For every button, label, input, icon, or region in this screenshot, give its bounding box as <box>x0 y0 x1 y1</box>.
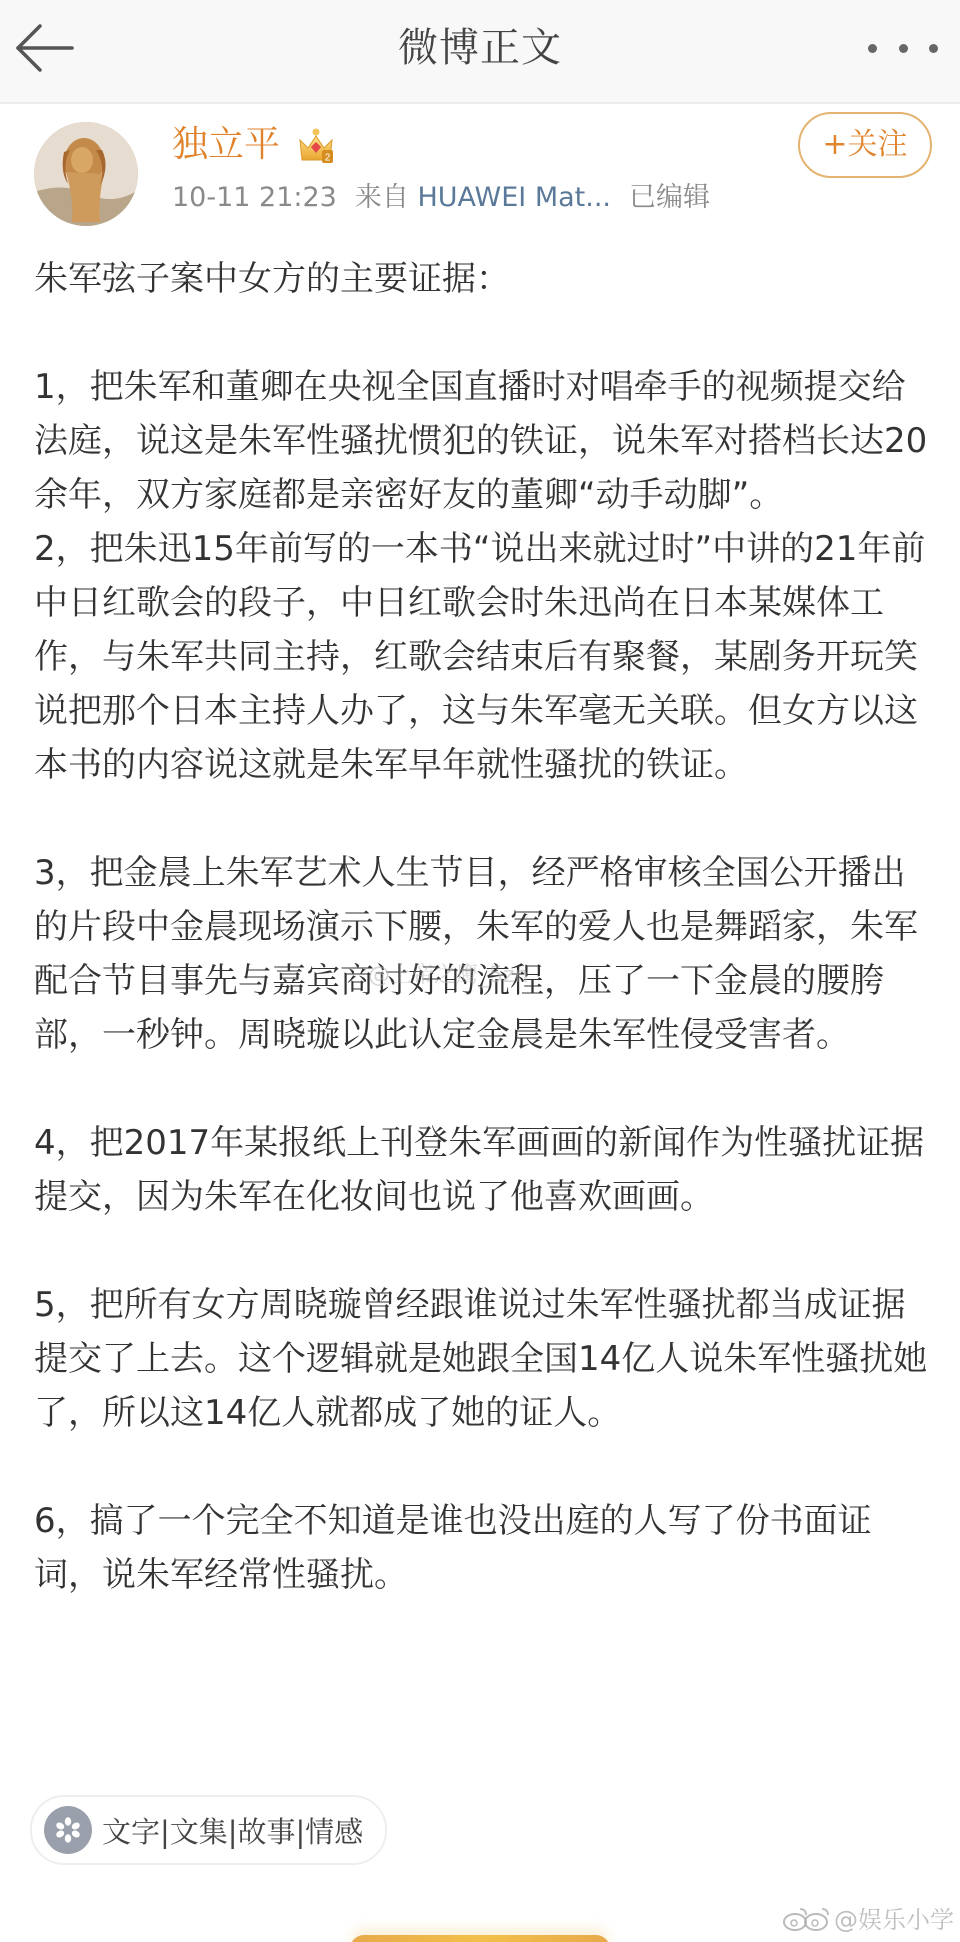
svg-text:2: 2 <box>325 153 331 164</box>
weibo-logo-icon <box>782 1903 834 1933</box>
edited-label[interactable]: 已编辑 <box>629 182 710 213</box>
crown-vip-icon: 2 <box>296 126 336 166</box>
post-meta: 10-11 21:23来自 HUAWEI Mat...已编辑 <box>172 178 710 218</box>
topic-label: 文字|文集|故事|情感 <box>102 1810 363 1851</box>
device-source-link[interactable]: HUAWEI Mat... <box>417 182 611 213</box>
topic-tag[interactable]: 文字|文集|故事|情感 <box>30 1795 387 1865</box>
more-dots-icon <box>899 44 908 53</box>
follow-button[interactable]: +关注 <box>798 112 932 178</box>
post-heading: 朱军弦子案中女方的主要证据： <box>34 252 934 306</box>
author-header: 独立平 2 10-11 21:23来自 HUAWEI Mat...已编辑 +关注 <box>0 104 960 228</box>
post-content: 朱军弦子案中女方的主要证据： 1，把朱军和董卿在央视全国直播时对唱牵手的视频提交… <box>34 252 934 1602</box>
page-title: 微博正文 <box>0 20 960 76</box>
top-navbar: 微博正文 <box>0 0 960 104</box>
post-timestamp: 10-11 21:23 <box>172 182 337 213</box>
evidence-item-5: 5，把所有女方周晓璇曾经跟谁说过朱军性骚扰都当成证据提交了上去。这个逻辑就是她跟… <box>34 1278 934 1440</box>
author-name[interactable]: 独立平 <box>172 120 280 170</box>
watermark-bottom-right: @娱乐小学 <box>782 1900 954 1935</box>
more-dots-icon <box>868 44 877 53</box>
evidence-item-6: 6，搞了一个完全不知道是谁也没出庭的人写了份书面证词，说朱军经常性骚扰。 <box>34 1494 934 1602</box>
source-prefix: 来自 <box>355 182 409 213</box>
avatar[interactable] <box>34 122 138 226</box>
evidence-item-2: 2，把朱迅15年前写的一本书“说出来就过时”中讲的21年前中日红歌会的段子，中日… <box>34 522 934 792</box>
more-dots-icon <box>929 44 938 53</box>
lion-avatar-image <box>34 122 138 226</box>
bottom-action-bar[interactable] <box>350 1935 610 1942</box>
evidence-item-1: 1，把朱军和董卿在央视全国直播时对唱牵手的视频提交给法庭，说这是朱军性骚扰惯犯的… <box>34 360 934 522</box>
flower-topic-icon <box>44 1806 92 1854</box>
watermark-middle: @上帝之鹰_5zn <box>368 958 529 989</box>
evidence-item-4: 4，把2017年某报纸上刊登朱军画画的新闻作为性骚扰证据提交，因为朱军在化妆间也… <box>34 1116 934 1224</box>
more-options-button[interactable] <box>868 26 938 70</box>
evidence-item-3: 3，把金晨上朱军艺术人生节目，经严格审核全国公开播出的片段中金晨现场演示下腰，朱… <box>34 846 934 1062</box>
